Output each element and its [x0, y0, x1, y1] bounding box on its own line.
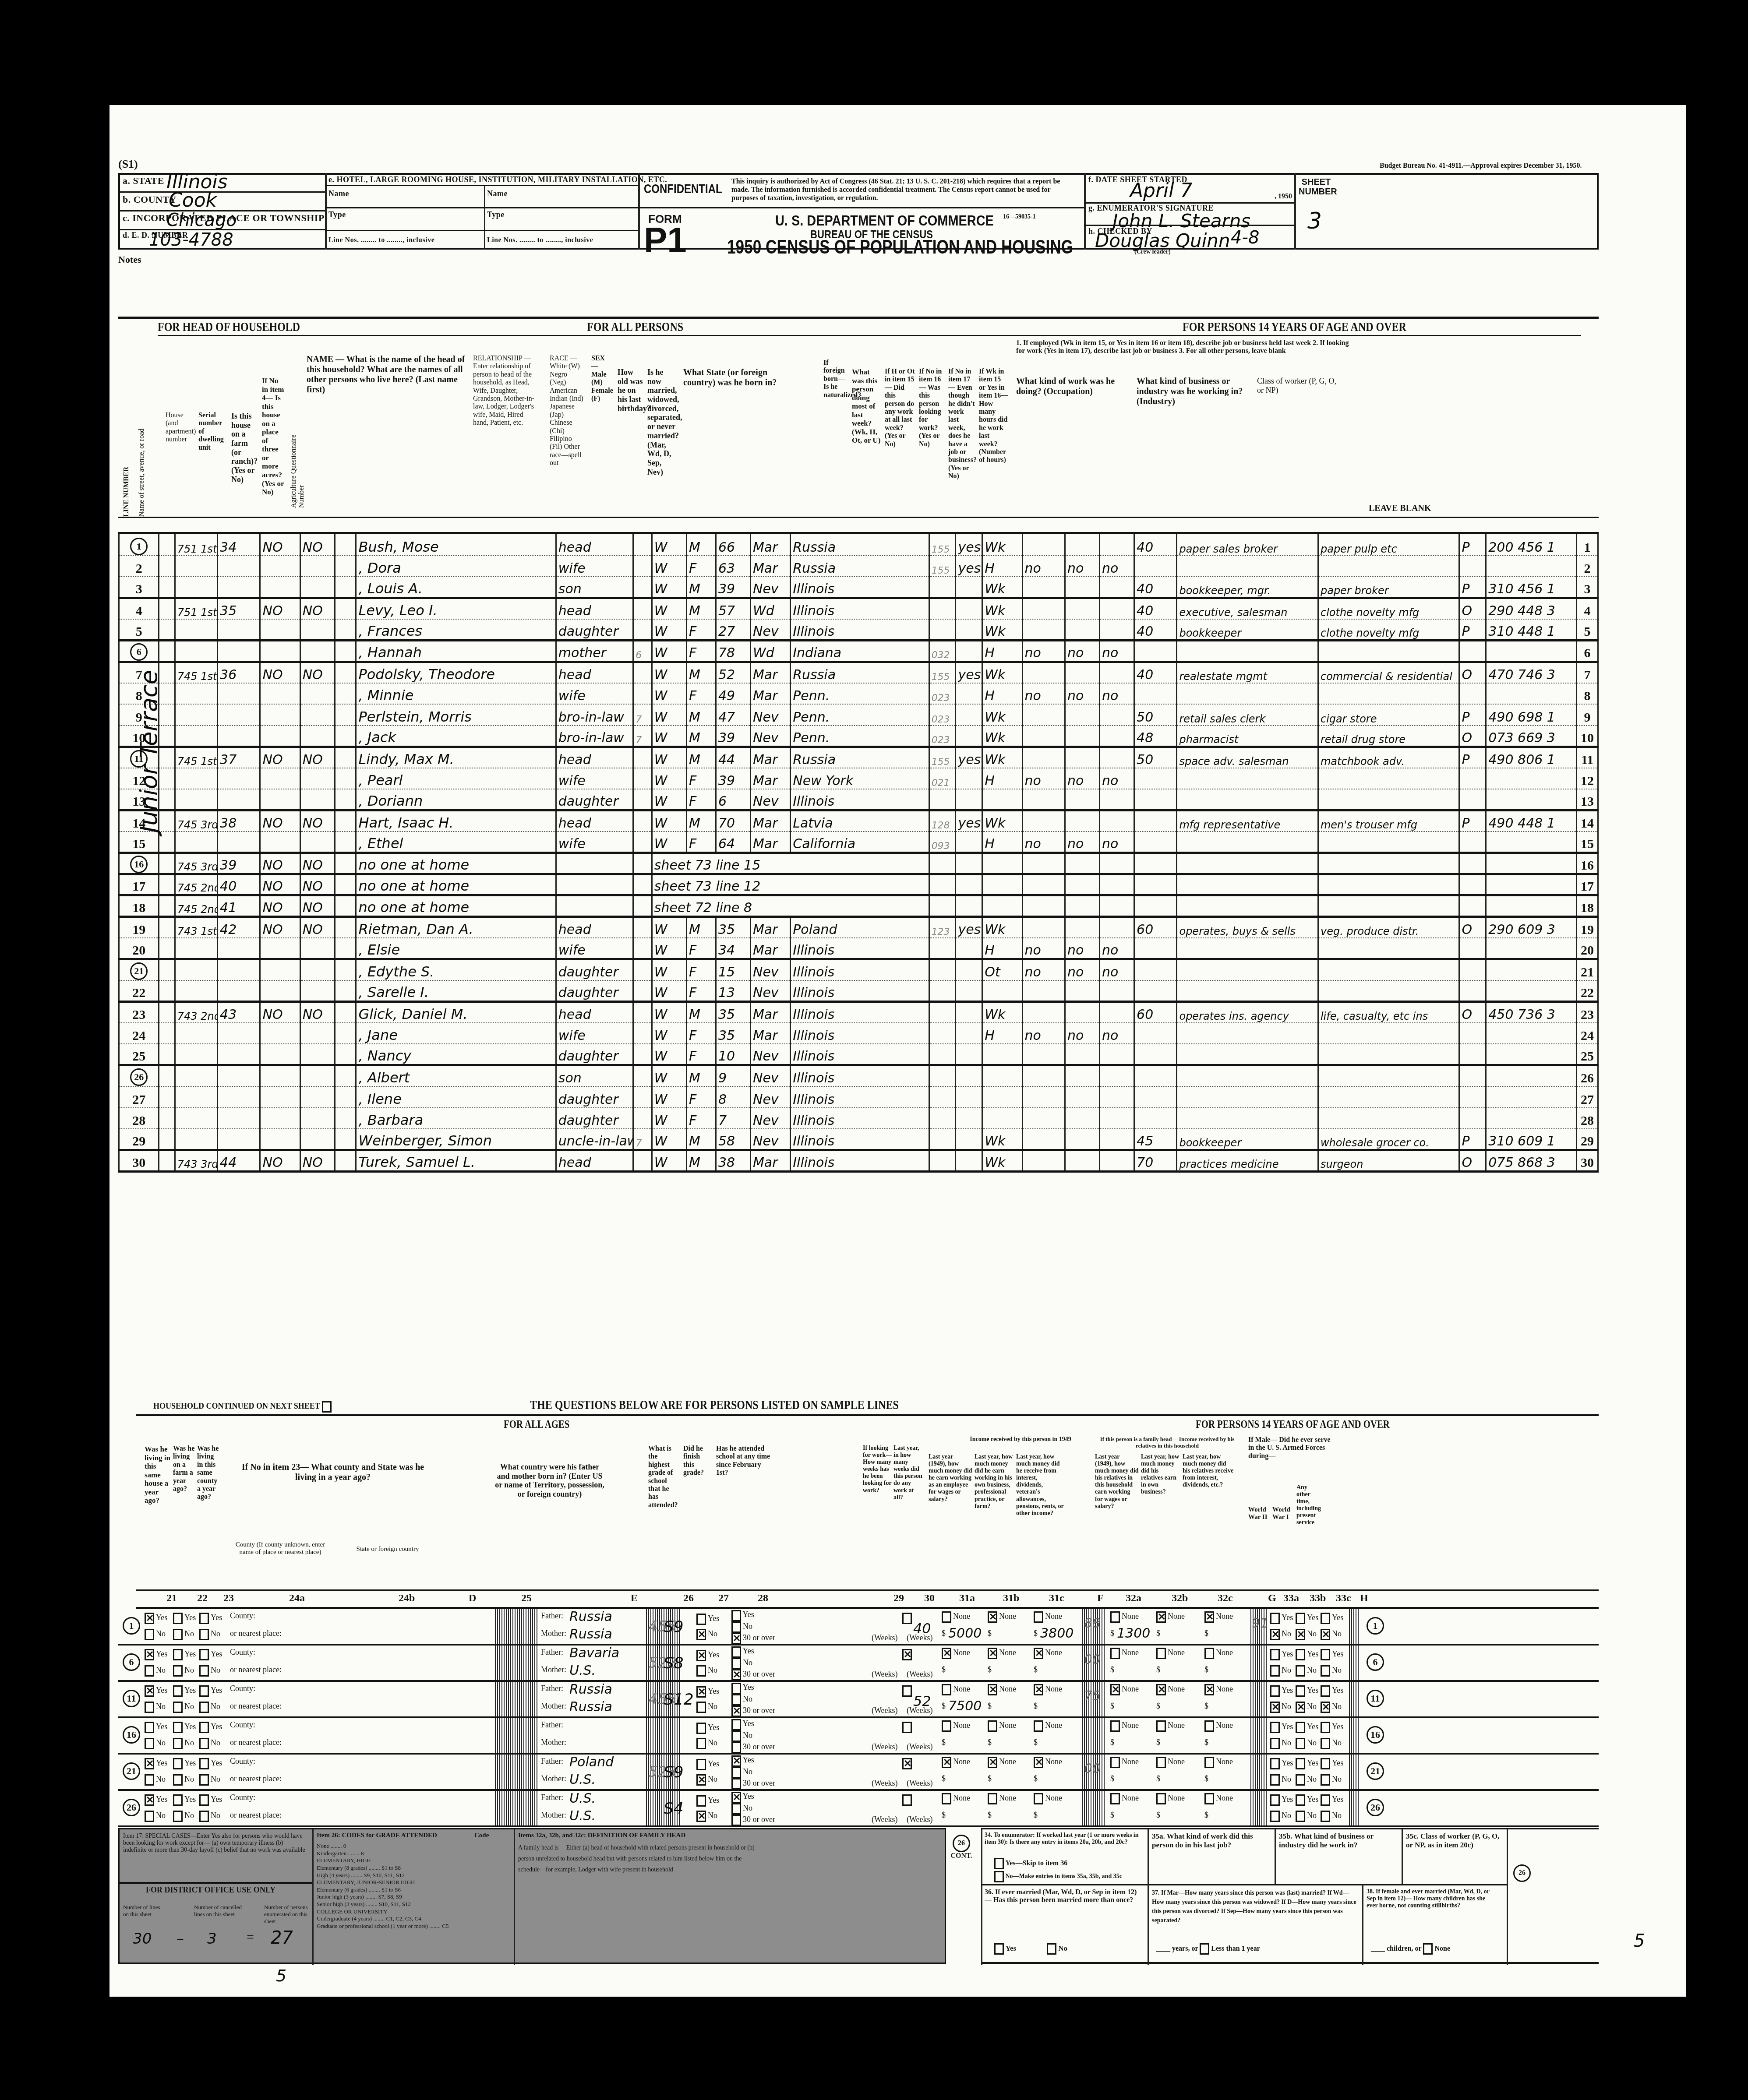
c18-cell[interactable]: no	[1100, 556, 1134, 577]
c16-cell[interactable]	[1022, 1150, 1065, 1172]
rel-cell[interactable]: son	[556, 1065, 633, 1087]
sex-cell[interactable]: M	[686, 726, 716, 747]
weeks-worked[interactable]: 40	[913, 1620, 931, 1637]
act-cell[interactable]: Wk	[982, 1001, 1022, 1023]
name-cell[interactable]: , Barbara	[356, 1108, 556, 1129]
c32a-none-checkbox[interactable]: None	[1110, 1720, 1139, 1732]
occ-cell[interactable]	[1177, 938, 1318, 959]
b-cell[interactable]: 155	[929, 534, 956, 556]
ind-cell[interactable]: cigar store	[1318, 704, 1459, 726]
house-cell[interactable]: 745 2nd E	[175, 895, 217, 917]
name-cell[interactable]: , Elsie	[356, 938, 556, 959]
c17-cell[interactable]: no	[1065, 768, 1099, 789]
finish-no-checkbox[interactable]: ✕ No	[696, 1629, 717, 1640]
serial-cell[interactable]	[218, 726, 260, 747]
acres-cell[interactable]	[300, 959, 335, 980]
age-cell[interactable]: 70	[716, 810, 750, 832]
name-cell[interactable]: Turek, Samuel L.	[356, 1150, 556, 1172]
acres-cell[interactable]	[300, 641, 335, 662]
race-cell[interactable]: W	[652, 768, 686, 789]
serial-cell[interactable]: 34	[218, 534, 260, 556]
cls-cell[interactable]: P	[1459, 619, 1486, 641]
col21-no-checkbox[interactable]: No	[145, 1774, 166, 1786]
nat-cell[interactable]	[956, 1129, 982, 1150]
serial-cell[interactable]	[218, 641, 260, 662]
b-cell[interactable]	[929, 619, 956, 641]
b-cell[interactable]	[929, 1065, 956, 1087]
occ-cell[interactable]	[1177, 895, 1318, 917]
c31c-none-checkbox[interactable]: ✕ None	[1034, 1757, 1062, 1768]
age-cell[interactable]: 63	[716, 556, 750, 577]
c17-cell[interactable]	[1065, 704, 1099, 726]
nat-cell[interactable]	[956, 1150, 982, 1172]
c16-cell[interactable]: no	[1022, 683, 1065, 705]
rel-cell[interactable]: mother	[556, 641, 633, 662]
ind-cell[interactable]	[1318, 1023, 1459, 1044]
mar-cell[interactable]: Mar	[750, 810, 790, 832]
attend-no-checkbox[interactable]: No	[731, 1767, 752, 1778]
ind-cell[interactable]	[1318, 768, 1459, 789]
act-cell[interactable]	[982, 980, 1022, 1002]
occ-cell[interactable]	[1177, 959, 1318, 980]
race-cell[interactable]: W	[652, 534, 686, 556]
mar-cell[interactable]: Nev	[750, 959, 790, 980]
col21-yes-checkbox[interactable]: Yes	[145, 1722, 167, 1733]
act-cell[interactable]: H	[982, 1023, 1022, 1044]
name-cell[interactable]: Podolsky, Theodore	[356, 662, 556, 683]
mother-country[interactable]: U.S.	[569, 1663, 596, 1678]
birth-cell[interactable]: Russia	[791, 556, 929, 577]
acres-cell[interactable]: NO	[300, 810, 335, 832]
c32b-none-checkbox[interactable]: None	[1156, 1648, 1185, 1659]
mar-cell[interactable]: Nev	[750, 1065, 790, 1087]
house-cell[interactable]	[175, 938, 217, 959]
ind-cell[interactable]	[1318, 980, 1459, 1002]
house-cell[interactable]	[175, 789, 217, 810]
acres-cell[interactable]	[300, 980, 335, 1002]
hrs-cell[interactable]	[1134, 853, 1177, 874]
mar-cell[interactable]: Nev	[750, 1086, 790, 1108]
code-cell[interactable]	[1486, 938, 1577, 959]
race-cell[interactable]: W	[652, 810, 686, 832]
farm-cell[interactable]: NO	[260, 1001, 300, 1023]
c32c-none-checkbox[interactable]: None	[1204, 1648, 1233, 1659]
b-cell[interactable]: 123	[929, 916, 956, 938]
c17-cell[interactable]: no	[1065, 683, 1099, 705]
c18-cell[interactable]: no	[1100, 832, 1134, 853]
col22-yes-checkbox[interactable]: Yes	[173, 1613, 196, 1624]
rel-cell[interactable]: head	[556, 1001, 633, 1023]
farm-cell[interactable]	[260, 577, 300, 598]
age-cell[interactable]: 38	[716, 1150, 750, 1172]
race-cell[interactable]: W	[652, 726, 686, 747]
farm-cell[interactable]: NO	[260, 916, 300, 938]
c33c-no-checkbox[interactable]: ✕ No	[1321, 1629, 1342, 1640]
nat-cell[interactable]	[956, 1023, 982, 1044]
col21-no-checkbox[interactable]: No	[145, 1665, 166, 1677]
a-cell[interactable]	[633, 895, 652, 917]
rel-cell[interactable]: daughter	[556, 1044, 633, 1065]
reference-note-cell[interactable]: sheet 72 line 8	[652, 895, 929, 917]
nat-cell[interactable]	[956, 683, 982, 705]
ind-cell[interactable]: retail drug store	[1318, 726, 1459, 747]
birth-cell[interactable]: Illinois	[791, 1023, 929, 1044]
farm-cell[interactable]: NO	[260, 1150, 300, 1172]
b-cell[interactable]: 021	[929, 768, 956, 789]
race-cell[interactable]: W	[652, 938, 686, 959]
cls-cell[interactable]: O	[1459, 726, 1486, 747]
race-cell[interactable]: W	[652, 1065, 686, 1087]
cls-cell[interactable]: O	[1459, 1001, 1486, 1023]
c18-cell[interactable]	[1100, 1150, 1134, 1172]
c32c-none-checkbox[interactable]: None	[1204, 1757, 1233, 1768]
mar-cell[interactable]: Mar	[750, 768, 790, 789]
code-cell[interactable]: 290 609 3	[1486, 916, 1577, 938]
nat-cell[interactable]: yes	[956, 747, 982, 768]
serial-cell[interactable]: 35	[218, 598, 260, 620]
birth-cell[interactable]: Illinois	[791, 1044, 929, 1065]
c17-cell[interactable]: no	[1065, 959, 1099, 980]
occ-cell[interactable]	[1177, 832, 1318, 853]
c31a-none-checkbox[interactable]: None	[942, 1611, 970, 1623]
c33a-yes-checkbox[interactable]: Yes	[1270, 1685, 1293, 1697]
race-cell[interactable]: W	[652, 641, 686, 662]
sex-cell[interactable]: F	[686, 619, 716, 641]
col23-yes-checkbox[interactable]: Yes	[199, 1649, 222, 1660]
b-cell[interactable]	[929, 853, 956, 874]
acres-cell[interactable]	[300, 832, 335, 853]
birth-cell[interactable]: Illinois	[791, 1129, 929, 1150]
farm-cell[interactable]	[260, 1129, 300, 1150]
b-cell[interactable]	[929, 938, 956, 959]
name-cell[interactable]: Glick, Daniel M.	[356, 1001, 556, 1023]
acres-cell[interactable]	[300, 577, 335, 598]
occ-cell[interactable]: space adv. salesman	[1177, 747, 1318, 768]
code-cell[interactable]: 075 868 3	[1486, 1150, 1577, 1172]
serial-cell[interactable]	[218, 789, 260, 810]
acres-cell[interactable]: NO	[300, 662, 335, 683]
col22-no-checkbox[interactable]: No	[173, 1738, 194, 1749]
b-cell[interactable]	[929, 577, 956, 598]
code-cell[interactable]: 200 456 1	[1486, 534, 1577, 556]
nat-cell[interactable]	[956, 1065, 982, 1087]
ind-cell[interactable]	[1318, 1108, 1459, 1129]
farm-cell[interactable]	[260, 1108, 300, 1129]
hrs-cell[interactable]	[1134, 959, 1177, 980]
weeks-worked[interactable]: 52	[913, 1693, 931, 1709]
col23-no-checkbox[interactable]: No	[199, 1665, 220, 1677]
hrs-cell[interactable]: 40	[1134, 619, 1177, 641]
house-cell[interactable]	[175, 726, 217, 747]
c17-cell[interactable]	[1065, 619, 1099, 641]
c33c-yes-checkbox[interactable]: Yes	[1321, 1722, 1343, 1733]
farm-cell[interactable]	[260, 1023, 300, 1044]
age-cell[interactable]: 34	[716, 938, 750, 959]
name-cell[interactable]: Perlstein, Morris	[356, 704, 556, 726]
ind-cell[interactable]	[1318, 853, 1459, 874]
c33a-yes-checkbox[interactable]: Yes	[1270, 1613, 1293, 1624]
mar-cell[interactable]: Nev	[750, 1129, 790, 1150]
col22-yes-checkbox[interactable]: Yes	[173, 1722, 196, 1733]
cls-cell[interactable]	[1459, 832, 1486, 853]
c32a-none-checkbox[interactable]: ✕ None	[1110, 1684, 1139, 1695]
attend-yes-checkbox[interactable]: Yes	[731, 1683, 754, 1694]
hrs-cell[interactable]	[1134, 683, 1177, 705]
c31c-none-checkbox[interactable]: ✕ None	[1034, 1684, 1062, 1695]
c33c-yes-checkbox[interactable]: Yes	[1321, 1613, 1343, 1624]
code-cell[interactable]	[1486, 980, 1577, 1002]
c16-cell[interactable]	[1022, 598, 1065, 620]
hrs-cell[interactable]	[1134, 768, 1177, 789]
hrs-cell[interactable]	[1134, 895, 1177, 917]
b-cell[interactable]	[929, 1150, 956, 1172]
c16-cell[interactable]	[1022, 747, 1065, 768]
race-cell[interactable]: W	[652, 1108, 686, 1129]
birth-cell[interactable]: Illinois	[791, 959, 929, 980]
cls-cell[interactable]: O	[1459, 662, 1486, 683]
sex-cell[interactable]: M	[686, 534, 716, 556]
farm-cell[interactable]	[260, 789, 300, 810]
c17-cell[interactable]	[1065, 980, 1099, 1002]
birth-cell[interactable]: Illinois	[791, 1108, 929, 1129]
serial-cell[interactable]	[218, 704, 260, 726]
cls-cell[interactable]	[1459, 1023, 1486, 1044]
c31b-none-checkbox[interactable]: ✕ None	[988, 1684, 1016, 1695]
act-cell[interactable]: Ot	[982, 959, 1022, 980]
nat-cell[interactable]	[956, 938, 982, 959]
cls-cell[interactable]: O	[1459, 1150, 1486, 1172]
sex-cell[interactable]: F	[686, 1044, 716, 1065]
farm-cell[interactable]	[260, 641, 300, 662]
rel-cell[interactable]	[556, 874, 633, 895]
house-cell[interactable]	[175, 704, 217, 726]
birth-cell[interactable]: Russia	[791, 747, 929, 768]
hrs-cell[interactable]	[1134, 1023, 1177, 1044]
rel-cell[interactable]	[556, 895, 633, 917]
a-cell[interactable]	[633, 1108, 652, 1129]
col22-no-checkbox[interactable]: No	[173, 1665, 194, 1677]
code-cell[interactable]	[1486, 1108, 1577, 1129]
occ-cell[interactable]	[1177, 1023, 1318, 1044]
c33b-yes-checkbox[interactable]: Yes	[1296, 1685, 1318, 1697]
rel-cell[interactable]: head	[556, 598, 633, 620]
farm-cell[interactable]	[260, 704, 300, 726]
attend-no-checkbox[interactable]: No	[731, 1621, 752, 1633]
hrs-cell[interactable]: 50	[1134, 704, 1177, 726]
cls-cell[interactable]	[1459, 1065, 1486, 1087]
attend-30-over-checkbox[interactable]: 30 or over	[731, 1742, 775, 1753]
mar-cell[interactable]: Nev	[750, 577, 790, 598]
acres-cell[interactable]	[300, 1129, 335, 1150]
act-cell[interactable]: Wk	[982, 662, 1022, 683]
rel-cell[interactable]: head	[556, 916, 633, 938]
rel-cell[interactable]: daughter	[556, 619, 633, 641]
code-cell[interactable]	[1486, 1023, 1577, 1044]
c17-cell[interactable]	[1065, 789, 1099, 810]
age-cell[interactable]: 8	[716, 1086, 750, 1108]
c16-cell[interactable]	[1022, 1086, 1065, 1108]
house-cell[interactable]: 745 3rd E	[175, 810, 217, 832]
c18-cell[interactable]	[1100, 598, 1134, 620]
sex-cell[interactable]: M	[686, 916, 716, 938]
col22-no-checkbox[interactable]: No	[173, 1774, 194, 1786]
race-cell[interactable]: W	[652, 577, 686, 598]
race-cell[interactable]: W	[652, 1001, 686, 1023]
hrs-cell[interactable]: 50	[1134, 747, 1177, 768]
c18-cell[interactable]	[1100, 1001, 1134, 1023]
occ-cell[interactable]	[1177, 874, 1318, 895]
rel-cell[interactable]: uncle-in-law	[556, 1129, 633, 1150]
col21-no-checkbox[interactable]: No	[145, 1738, 166, 1749]
age-cell[interactable]: 78	[716, 641, 750, 662]
rel-cell[interactable]: wife	[556, 556, 633, 577]
c33a-no-checkbox[interactable]: ✕ No	[1270, 1629, 1291, 1640]
grade-value[interactable]: S12	[664, 1691, 694, 1709]
finish-yes-checkbox[interactable]: Yes	[696, 1723, 719, 1734]
acres-cell[interactable]	[300, 1044, 335, 1065]
rel-cell[interactable]: daughter	[556, 980, 633, 1002]
race-cell[interactable]: W	[652, 704, 686, 726]
a-cell[interactable]	[633, 662, 652, 683]
a-cell[interactable]	[633, 598, 652, 620]
hrs-cell[interactable]: 70	[1134, 1150, 1177, 1172]
cls-cell[interactable]	[1459, 1044, 1486, 1065]
nat-cell[interactable]	[956, 832, 982, 853]
house-cell[interactable]	[175, 683, 217, 705]
farm-cell[interactable]: NO	[260, 895, 300, 917]
code-cell[interactable]	[1486, 1086, 1577, 1108]
nat-cell[interactable]	[956, 1086, 982, 1108]
mar-cell[interactable]: Nev	[750, 704, 790, 726]
c33c-yes-checkbox[interactable]: Yes	[1321, 1758, 1343, 1769]
a-cell[interactable]: 7	[633, 704, 652, 726]
col23-yes-checkbox[interactable]: Yes	[199, 1613, 222, 1624]
c16-cell[interactable]	[1022, 853, 1065, 874]
a-cell[interactable]	[633, 534, 652, 556]
race-cell[interactable]: W	[652, 980, 686, 1002]
mar-cell[interactable]: Mar	[750, 1023, 790, 1044]
a-cell[interactable]	[633, 1150, 652, 1172]
col30-none-checkbox[interactable]: ✕	[902, 1649, 912, 1660]
b-cell[interactable]: 032	[929, 641, 956, 662]
household-continued[interactable]: HOUSEHOLD CONTINUED ON NEXT SHEET	[153, 1401, 332, 1413]
ind-cell[interactable]: surgeon	[1318, 1150, 1459, 1172]
occ-cell[interactable]: bookkeeper	[1177, 619, 1318, 641]
finish-no-checkbox[interactable]: No	[696, 1665, 717, 1677]
ind-cell[interactable]: men's trouser mfg	[1318, 810, 1459, 832]
occ-cell[interactable]: mfg representative	[1177, 810, 1318, 832]
birth-cell[interactable]: Illinois	[791, 980, 929, 1002]
acres-cell[interactable]: NO	[300, 1150, 335, 1172]
attend-no-checkbox[interactable]: No	[731, 1694, 752, 1705]
c17-cell[interactable]	[1065, 810, 1099, 832]
c33c-yes-checkbox[interactable]: Yes	[1321, 1794, 1343, 1806]
hrs-cell[interactable]	[1134, 810, 1177, 832]
col23-yes-checkbox[interactable]: Yes	[199, 1685, 222, 1697]
mother-country[interactable]: Russia	[569, 1699, 612, 1715]
serial-cell[interactable]: 36	[218, 662, 260, 683]
a-cell[interactable]	[633, 938, 652, 959]
c18-cell[interactable]: no	[1100, 768, 1134, 789]
c31b-none-checkbox[interactable]: ✕ None	[988, 1648, 1016, 1659]
finish-no-checkbox[interactable]: ✕ No	[696, 1774, 717, 1786]
attend-30-over-checkbox[interactable]: ✕ 30 or over	[731, 1633, 775, 1644]
finish-no-checkbox[interactable]: No	[696, 1702, 717, 1713]
c32a-amount[interactable]: 1300	[1117, 1626, 1150, 1641]
nat-cell[interactable]	[956, 980, 982, 1002]
a-cell[interactable]	[633, 556, 652, 577]
nat-cell[interactable]	[956, 1108, 982, 1129]
ind-cell[interactable]: paper pulp etc	[1318, 534, 1459, 556]
sex-cell[interactable]: F	[686, 1108, 716, 1129]
b-cell[interactable]	[929, 1129, 956, 1150]
nat-cell[interactable]	[956, 959, 982, 980]
serial-cell[interactable]: 39	[218, 853, 260, 874]
col23-no-checkbox[interactable]: No	[199, 1811, 220, 1822]
farm-cell[interactable]	[260, 768, 300, 789]
act-cell[interactable]: Wk	[982, 726, 1022, 747]
c33c-no-checkbox[interactable]: No	[1321, 1665, 1342, 1677]
col21-no-checkbox[interactable]: No	[145, 1702, 166, 1713]
age-cell[interactable]: 39	[716, 768, 750, 789]
attend-30-over-checkbox[interactable]: 30 or over	[731, 1778, 775, 1790]
act-cell[interactable]: Wk	[982, 577, 1022, 598]
occ-cell[interactable]: bookkeeper, mgr.	[1177, 577, 1318, 598]
act-cell[interactable]: Wk	[982, 1129, 1022, 1150]
farm-cell[interactable]	[260, 832, 300, 853]
occ-cell[interactable]: paper sales broker	[1177, 534, 1318, 556]
code-cell[interactable]	[1486, 1044, 1577, 1065]
sex-cell[interactable]: M	[686, 1065, 716, 1087]
cls-cell[interactable]	[1459, 1086, 1486, 1108]
a-cell[interactable]	[633, 874, 652, 895]
rel-cell[interactable]: daughter	[556, 789, 633, 810]
serial-cell[interactable]	[218, 1108, 260, 1129]
serial-cell[interactable]	[218, 556, 260, 577]
cls-cell[interactable]: P	[1459, 704, 1486, 726]
c16-cell[interactable]	[1022, 662, 1065, 683]
birth-cell[interactable]: Illinois	[791, 1001, 929, 1023]
ind-cell[interactable]	[1318, 641, 1459, 662]
farm-cell[interactable]: NO	[260, 662, 300, 683]
name-cell[interactable]: , Doriann	[356, 789, 556, 810]
acres-cell[interactable]	[300, 619, 335, 641]
c31b-none-checkbox[interactable]: ✕ None	[988, 1611, 1016, 1623]
c32b-none-checkbox[interactable]: None	[1156, 1757, 1185, 1768]
col21-yes-checkbox[interactable]: ✕ Yes	[145, 1758, 167, 1769]
mar-cell[interactable]: Nev	[750, 980, 790, 1002]
house-cell[interactable]: 745 1st W	[175, 747, 217, 768]
occ-cell[interactable]: realestate mgmt	[1177, 662, 1318, 683]
house-cell[interactable]: 743 3rd	[175, 1150, 217, 1172]
c33c-no-checkbox[interactable]: ✕ No	[1321, 1702, 1342, 1713]
act-cell[interactable]: H	[982, 938, 1022, 959]
sex-cell[interactable]: M	[686, 1150, 716, 1172]
c17-cell[interactable]	[1065, 1086, 1099, 1108]
c33b-yes-checkbox[interactable]: Yes	[1296, 1613, 1318, 1624]
act-cell[interactable]: Wk	[982, 916, 1022, 938]
rel-cell[interactable]: head	[556, 1150, 633, 1172]
nat-cell[interactable]	[956, 789, 982, 810]
col22-yes-checkbox[interactable]: Yes	[173, 1685, 196, 1697]
c31a-amount[interactable]: 7500	[948, 1698, 982, 1714]
c32c-none-checkbox[interactable]: ✕ None	[1204, 1611, 1233, 1623]
sex-cell[interactable]: F	[686, 641, 716, 662]
a-cell[interactable]	[633, 853, 652, 874]
farm-cell[interactable]: NO	[260, 874, 300, 895]
house-cell[interactable]: 743 2nd	[175, 1001, 217, 1023]
ind-cell[interactable]: commercial & residential	[1318, 662, 1459, 683]
